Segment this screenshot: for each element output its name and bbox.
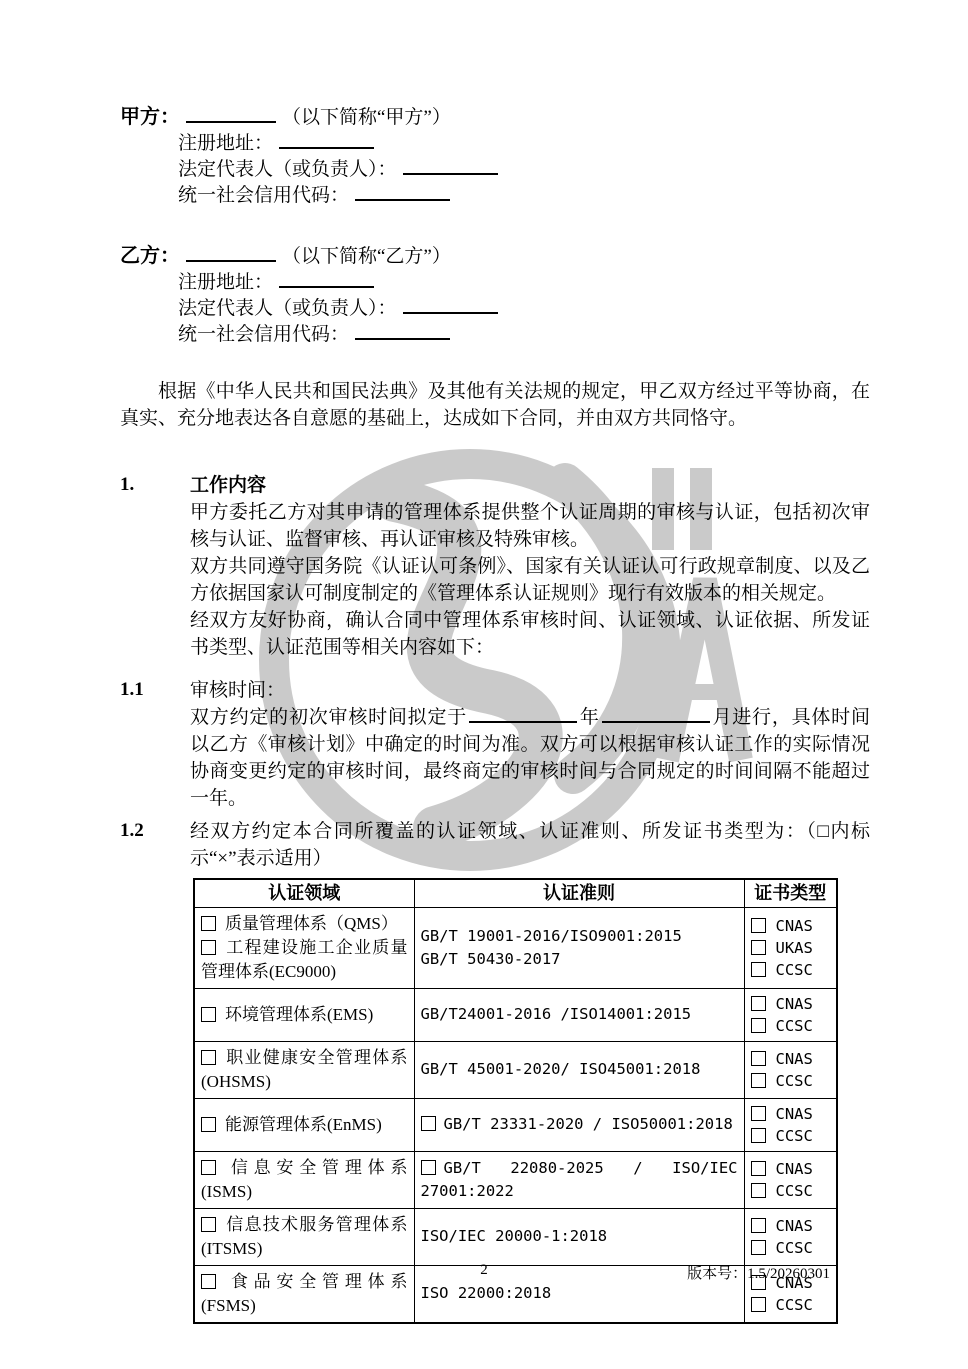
criteria-cell: ISO/IEC 20000-1:2018 (414, 1208, 744, 1265)
certificate-type-cell: CNASCCSC (744, 1098, 837, 1151)
checkbox[interactable] (751, 1051, 766, 1066)
section-1-1-title: 审核时间： (190, 677, 870, 704)
table-row: 职业健康安全管理体系(OHSMS)GB/T 45001-2020/ ISO450… (194, 1041, 837, 1098)
domain-item: 环境管理体系(EMS) (201, 1003, 408, 1027)
certificate-type-item: CCSC (751, 1015, 831, 1037)
section-1: 1. 工作内容 甲方委托乙方对其申请的管理体系提供整个认证周期的审核与认证，包括… (120, 472, 870, 661)
criteria-cell: GB/T 19001-2016/ISO9001:2015GB/T 50430-2… (414, 907, 744, 988)
criteria-item: GB/T 19001-2016/ISO9001:2015 (421, 925, 738, 948)
table-row: 能源管理体系(EnMS)GB/T 23331-2020 / ISO50001:2… (194, 1098, 837, 1151)
domain-cell: 职业健康安全管理体系(OHSMS) (194, 1041, 414, 1098)
certificate-type-label: CNAS (776, 993, 813, 1015)
table-row: 信息安全管理体系(ISMS)GB/T 22080-2025 / ISO/IEC … (194, 1151, 837, 1208)
criteria-item: ISO 22000:2018 (421, 1282, 738, 1305)
certificate-type-label: CNAS (776, 915, 813, 937)
criteria-standard-label: ISO 22000:2018 (421, 1284, 552, 1302)
domain-cell: 信息技术服务管理体系(ITSMS) (194, 1208, 414, 1265)
page-footer: 2 版本号：1.5/20260301 (0, 1262, 968, 1279)
section-1-paragraph: 经双方友好协商，确认合同中管理体系审核时间、认证领域、认证依据、所发证书类型、认… (190, 607, 870, 661)
certificate-type-item: CNAS (751, 915, 831, 937)
domain-item: 职业健康安全管理体系(OHSMS) (201, 1046, 408, 1094)
checkbox[interactable] (201, 1217, 216, 1232)
section-1-2-text: 经双方约定本合同所覆盖的认证领域、认证准则、所发证书类型为：（□内标示“×”表示… (190, 818, 870, 872)
table-row: 信息技术服务管理体系(ITSMS)ISO/IEC 20000-1:2018CNA… (194, 1208, 837, 1265)
domain-cell: 信息安全管理体系(ISMS) (194, 1151, 414, 1208)
party-a-fields: 注册地址： 法定代表人（或负责人）： 统一社会信用代码： (178, 131, 870, 209)
table-row: 环境管理体系(EMS)GB/T24001-2016 /ISO14001:2015… (194, 988, 837, 1041)
criteria-standard-label: GB/T 22080-2025 / ISO/IEC 27001:2022 (421, 1159, 738, 1200)
party-b-representative-field: 法定代表人（或负责人）： (178, 296, 870, 322)
audit-month-blank[interactable] (602, 705, 710, 723)
criteria-item: GB/T 22080-2025 / ISO/IEC 27001:2022 (421, 1157, 738, 1203)
certificate-type-cell: CNASCCSC (744, 1208, 837, 1265)
certificate-type-label: CNAS (776, 1158, 813, 1180)
section-1-title: 工作内容 (190, 472, 870, 499)
section-1-2-body: 经双方约定本合同所覆盖的认证领域、认证准则、所发证书类型为：（□内标示“×”表示… (190, 818, 870, 1324)
party-a-representative-field: 法定代表人（或负责人）： (178, 157, 870, 183)
checkbox[interactable] (751, 996, 766, 1011)
checkbox[interactable] (751, 1183, 766, 1198)
audit-time-text: 双方约定的初次审核时间拟定于 (190, 707, 467, 728)
party-b-credit-code-field: 统一社会信用代码： (178, 322, 870, 348)
certification-table: 认证领域 认证准则 证书类型 质量管理体系（QMS）工程建设施工企业质量管理体系… (193, 878, 838, 1324)
checkbox[interactable] (751, 1018, 766, 1033)
checkbox[interactable] (201, 916, 216, 931)
domain-item: 质量管理体系（QMS） (201, 912, 408, 936)
field-label: 注册地址： (178, 272, 273, 293)
certificate-type-label: CCSC (776, 1125, 813, 1147)
domain-label: 工程建设施工企业质量管理体系(EC9000) (201, 938, 408, 981)
section-1-2: 1.2 经双方约定本合同所覆盖的认证领域、认证准则、所发证书类型为：（□内标示“… (120, 818, 870, 1324)
checkbox[interactable] (751, 1128, 766, 1143)
certificate-type-label: UKAS (776, 937, 813, 959)
criteria-cell: GB/T 22080-2025 / ISO/IEC 27001:2022 (414, 1151, 744, 1208)
criteria-standard-label: GB/T 45001-2020/ ISO45001:2018 (421, 1060, 701, 1078)
domain-item: 工程建设施工企业质量管理体系(EC9000) (201, 936, 408, 984)
checkbox[interactable] (751, 1161, 766, 1176)
party-b-label: 乙方： (120, 245, 180, 267)
domain-label: 职业健康安全管理体系(OHSMS) (201, 1048, 408, 1091)
certificate-type-item: CCSC (751, 1125, 831, 1147)
section-1-2-number: 1.2 (120, 818, 190, 1324)
checkbox[interactable] (751, 962, 766, 977)
section-1-paragraph: 双方共同遵守国务院《认证认可条例》、国家有关认证认可行政规章制度、以及乙方依据国… (190, 553, 870, 607)
party-b-representative-blank[interactable] (403, 296, 498, 314)
field-label: 法定代表人（或负责人）： (178, 159, 397, 180)
section-1-body: 工作内容 甲方委托乙方对其申请的管理体系提供整个认证周期的审核与认证，包括初次审… (190, 472, 870, 661)
party-a-block: 甲方：（以下简称“甲方”） 注册地址： 法定代表人（或负责人）： 统一社会信用代… (120, 104, 870, 209)
party-a-address-field: 注册地址： (178, 131, 870, 157)
party-b-alias-note: （以下简称“乙方”） (282, 246, 451, 267)
party-a-label: 甲方： (120, 106, 180, 128)
criteria-cell: GB/T24001-2016 /ISO14001:2015 (414, 988, 744, 1041)
section-1-1-body: 审核时间： 双方约定的初次审核时间拟定于年月进行，具体时间以乙方《审核计划》中确… (190, 677, 870, 812)
certificate-type-cell: CNASCCSC (744, 1151, 837, 1208)
criteria-item: GB/T 50430-2017 (421, 948, 738, 971)
certificate-type-item: UKAS (751, 937, 831, 959)
certificate-type-label: CCSC (776, 1015, 813, 1037)
criteria-item: GB/T 45001-2020/ ISO45001:2018 (421, 1058, 738, 1081)
checkbox[interactable] (751, 1240, 766, 1255)
criteria-item: ISO/IEC 20000-1:2018 (421, 1225, 738, 1248)
certificate-type-item: CNAS (751, 1215, 831, 1237)
header-certification-criteria: 认证准则 (414, 879, 744, 907)
domain-item: 信息安全管理体系(ISMS) (201, 1156, 408, 1204)
certificate-type-label: CCSC (776, 959, 813, 981)
certificate-type-label: CNAS (776, 1103, 813, 1125)
checkbox[interactable] (751, 1218, 766, 1233)
certificate-type-cell: CNASCCSC (744, 1041, 837, 1098)
header-certification-domain: 认证领域 (194, 879, 414, 907)
checkbox[interactable] (201, 1007, 216, 1022)
certificate-type-label: CNAS (776, 1048, 813, 1070)
certificate-type-item: CNAS (751, 1103, 831, 1125)
party-b-block: 乙方：（以下简称“乙方”） 注册地址： 法定代表人（或负责人）： 统一社会信用代… (120, 243, 870, 348)
party-a-alias-note: （以下简称“甲方”） (282, 107, 451, 128)
certificate-type-label: CCSC (776, 1070, 813, 1092)
party-b-address-field: 注册地址： (178, 270, 870, 296)
year-label: 年 (579, 707, 600, 728)
party-b-head: 乙方：（以下简称“乙方”） (120, 243, 870, 270)
checkbox[interactable] (751, 918, 766, 933)
party-b-name-blank[interactable] (186, 244, 276, 262)
contract-document-page: 甲方：（以下简称“甲方”） 注册地址： 法定代表人（或负责人）： 统一社会信用代… (0, 0, 968, 1369)
checkbox[interactable] (201, 1117, 216, 1132)
certificate-type-label: CCSC (776, 1294, 813, 1316)
certificate-type-item: CNAS (751, 993, 831, 1015)
domain-label: 信息安全管理体系(ISMS) (201, 1158, 408, 1201)
preamble-paragraph: 根据《中华人民共和国民法典》及其他有关法规的规定，甲乙双方经过平等协商，在真实、… (120, 378, 870, 432)
party-a-credit-code-blank[interactable] (355, 183, 450, 201)
checkbox[interactable] (751, 940, 766, 955)
certificate-type-cell: CNASUKASCCSC (744, 907, 837, 988)
version-number: 版本号：1.5/20260301 (687, 1262, 830, 1283)
checkbox[interactable] (751, 1106, 766, 1121)
criteria-standard-label: GB/T 19001-2016/ISO9001:2015 (421, 927, 682, 945)
section-1-number: 1. (120, 472, 190, 661)
domain-label: 环境管理体系(EMS) (225, 1005, 373, 1024)
certificate-type-item: CCSC (751, 1070, 831, 1092)
party-a-credit-code-field: 统一社会信用代码： (178, 183, 870, 209)
table-row: 质量管理体系（QMS）工程建设施工企业质量管理体系(EC9000)GB/T 19… (194, 907, 837, 988)
section-1-1-number: 1.1 (120, 677, 190, 812)
domain-label: 质量管理体系（QMS） (225, 914, 398, 933)
criteria-standard-label: GB/T24001-2016 /ISO14001:2015 (421, 1005, 692, 1023)
table-header-row: 认证领域 认证准则 证书类型 (194, 879, 837, 907)
criteria-item: GB/T24001-2016 /ISO14001:2015 (421, 1003, 738, 1026)
checkbox[interactable] (201, 1160, 216, 1175)
party-a-head: 甲方：（以下简称“甲方”） (120, 104, 870, 131)
domain-cell: 环境管理体系(EMS) (194, 988, 414, 1041)
document-content: 甲方：（以下简称“甲方”） 注册地址： 法定代表人（或负责人）： 统一社会信用代… (0, 0, 968, 1324)
criteria-standard-label: GB/T 23331-2020 / ISO50001:2018 (444, 1115, 733, 1133)
criteria-standard-label: GB/T 50430-2017 (421, 950, 561, 968)
checkbox[interactable] (201, 940, 216, 955)
party-a-name-blank[interactable] (186, 105, 276, 123)
certificate-type-item: CCSC (751, 1237, 831, 1259)
party-a-representative-blank[interactable] (403, 157, 498, 175)
checkbox[interactable] (421, 1160, 436, 1175)
party-b-address-blank[interactable] (279, 270, 374, 288)
certification-table-body: 质量管理体系（QMS）工程建设施工企业质量管理体系(EC9000)GB/T 19… (194, 907, 837, 1323)
checkbox[interactable] (751, 1073, 766, 1088)
party-a-address-blank[interactable] (279, 131, 374, 149)
domain-cell: 能源管理体系(EnMS) (194, 1098, 414, 1151)
domain-label: 能源管理体系(EnMS) (225, 1115, 382, 1134)
certificate-type-item: CCSC (751, 1294, 831, 1316)
audit-year-blank[interactable] (469, 705, 577, 723)
criteria-standard-label: ISO/IEC 20000-1:2018 (421, 1227, 608, 1245)
section-1-1: 1.1 审核时间： 双方约定的初次审核时间拟定于年月进行，具体时间以乙方《审核计… (120, 677, 870, 812)
checkbox[interactable] (201, 1050, 216, 1065)
certificate-type-item: CCSC (751, 1180, 831, 1202)
field-label: 注册地址： (178, 133, 273, 154)
certificate-type-cell: CNASCCSC (744, 988, 837, 1041)
criteria-cell: GB/T 23331-2020 / ISO50001:2018 (414, 1098, 744, 1151)
domain-label: 信息技术服务管理体系(ITSMS) (201, 1215, 408, 1258)
section-1-paragraph: 甲方委托乙方对其申请的管理体系提供整个认证周期的审核与认证，包括初次审核与认证、… (190, 499, 870, 553)
certificate-type-label: CCSC (776, 1237, 813, 1259)
domain-item: 能源管理体系(EnMS) (201, 1113, 408, 1137)
field-label: 法定代表人（或负责人）： (178, 298, 397, 319)
checkbox[interactable] (421, 1116, 436, 1131)
certificate-type-label: CCSC (776, 1180, 813, 1202)
field-label: 统一社会信用代码： (178, 185, 349, 206)
certificate-type-item: CNAS (751, 1158, 831, 1180)
criteria-item: GB/T 23331-2020 / ISO50001:2018 (421, 1113, 738, 1136)
audit-time-paragraph: 双方约定的初次审核时间拟定于年月进行，具体时间以乙方《审核计划》中确定的时间为准… (190, 704, 870, 812)
party-b-fields: 注册地址： 法定代表人（或负责人）： 统一社会信用代码： (178, 270, 870, 348)
certificate-type-item: CCSC (751, 959, 831, 981)
checkbox[interactable] (751, 1297, 766, 1312)
header-certificate-type: 证书类型 (744, 879, 837, 907)
certificate-type-item: CNAS (751, 1048, 831, 1070)
criteria-cell: GB/T 45001-2020/ ISO45001:2018 (414, 1041, 744, 1098)
domain-item: 信息技术服务管理体系(ITSMS) (201, 1213, 408, 1261)
domain-cell: 质量管理体系（QMS）工程建设施工企业质量管理体系(EC9000) (194, 907, 414, 988)
party-b-credit-code-blank[interactable] (355, 322, 450, 340)
field-label: 统一社会信用代码： (178, 324, 349, 345)
certificate-type-label: CNAS (776, 1215, 813, 1237)
